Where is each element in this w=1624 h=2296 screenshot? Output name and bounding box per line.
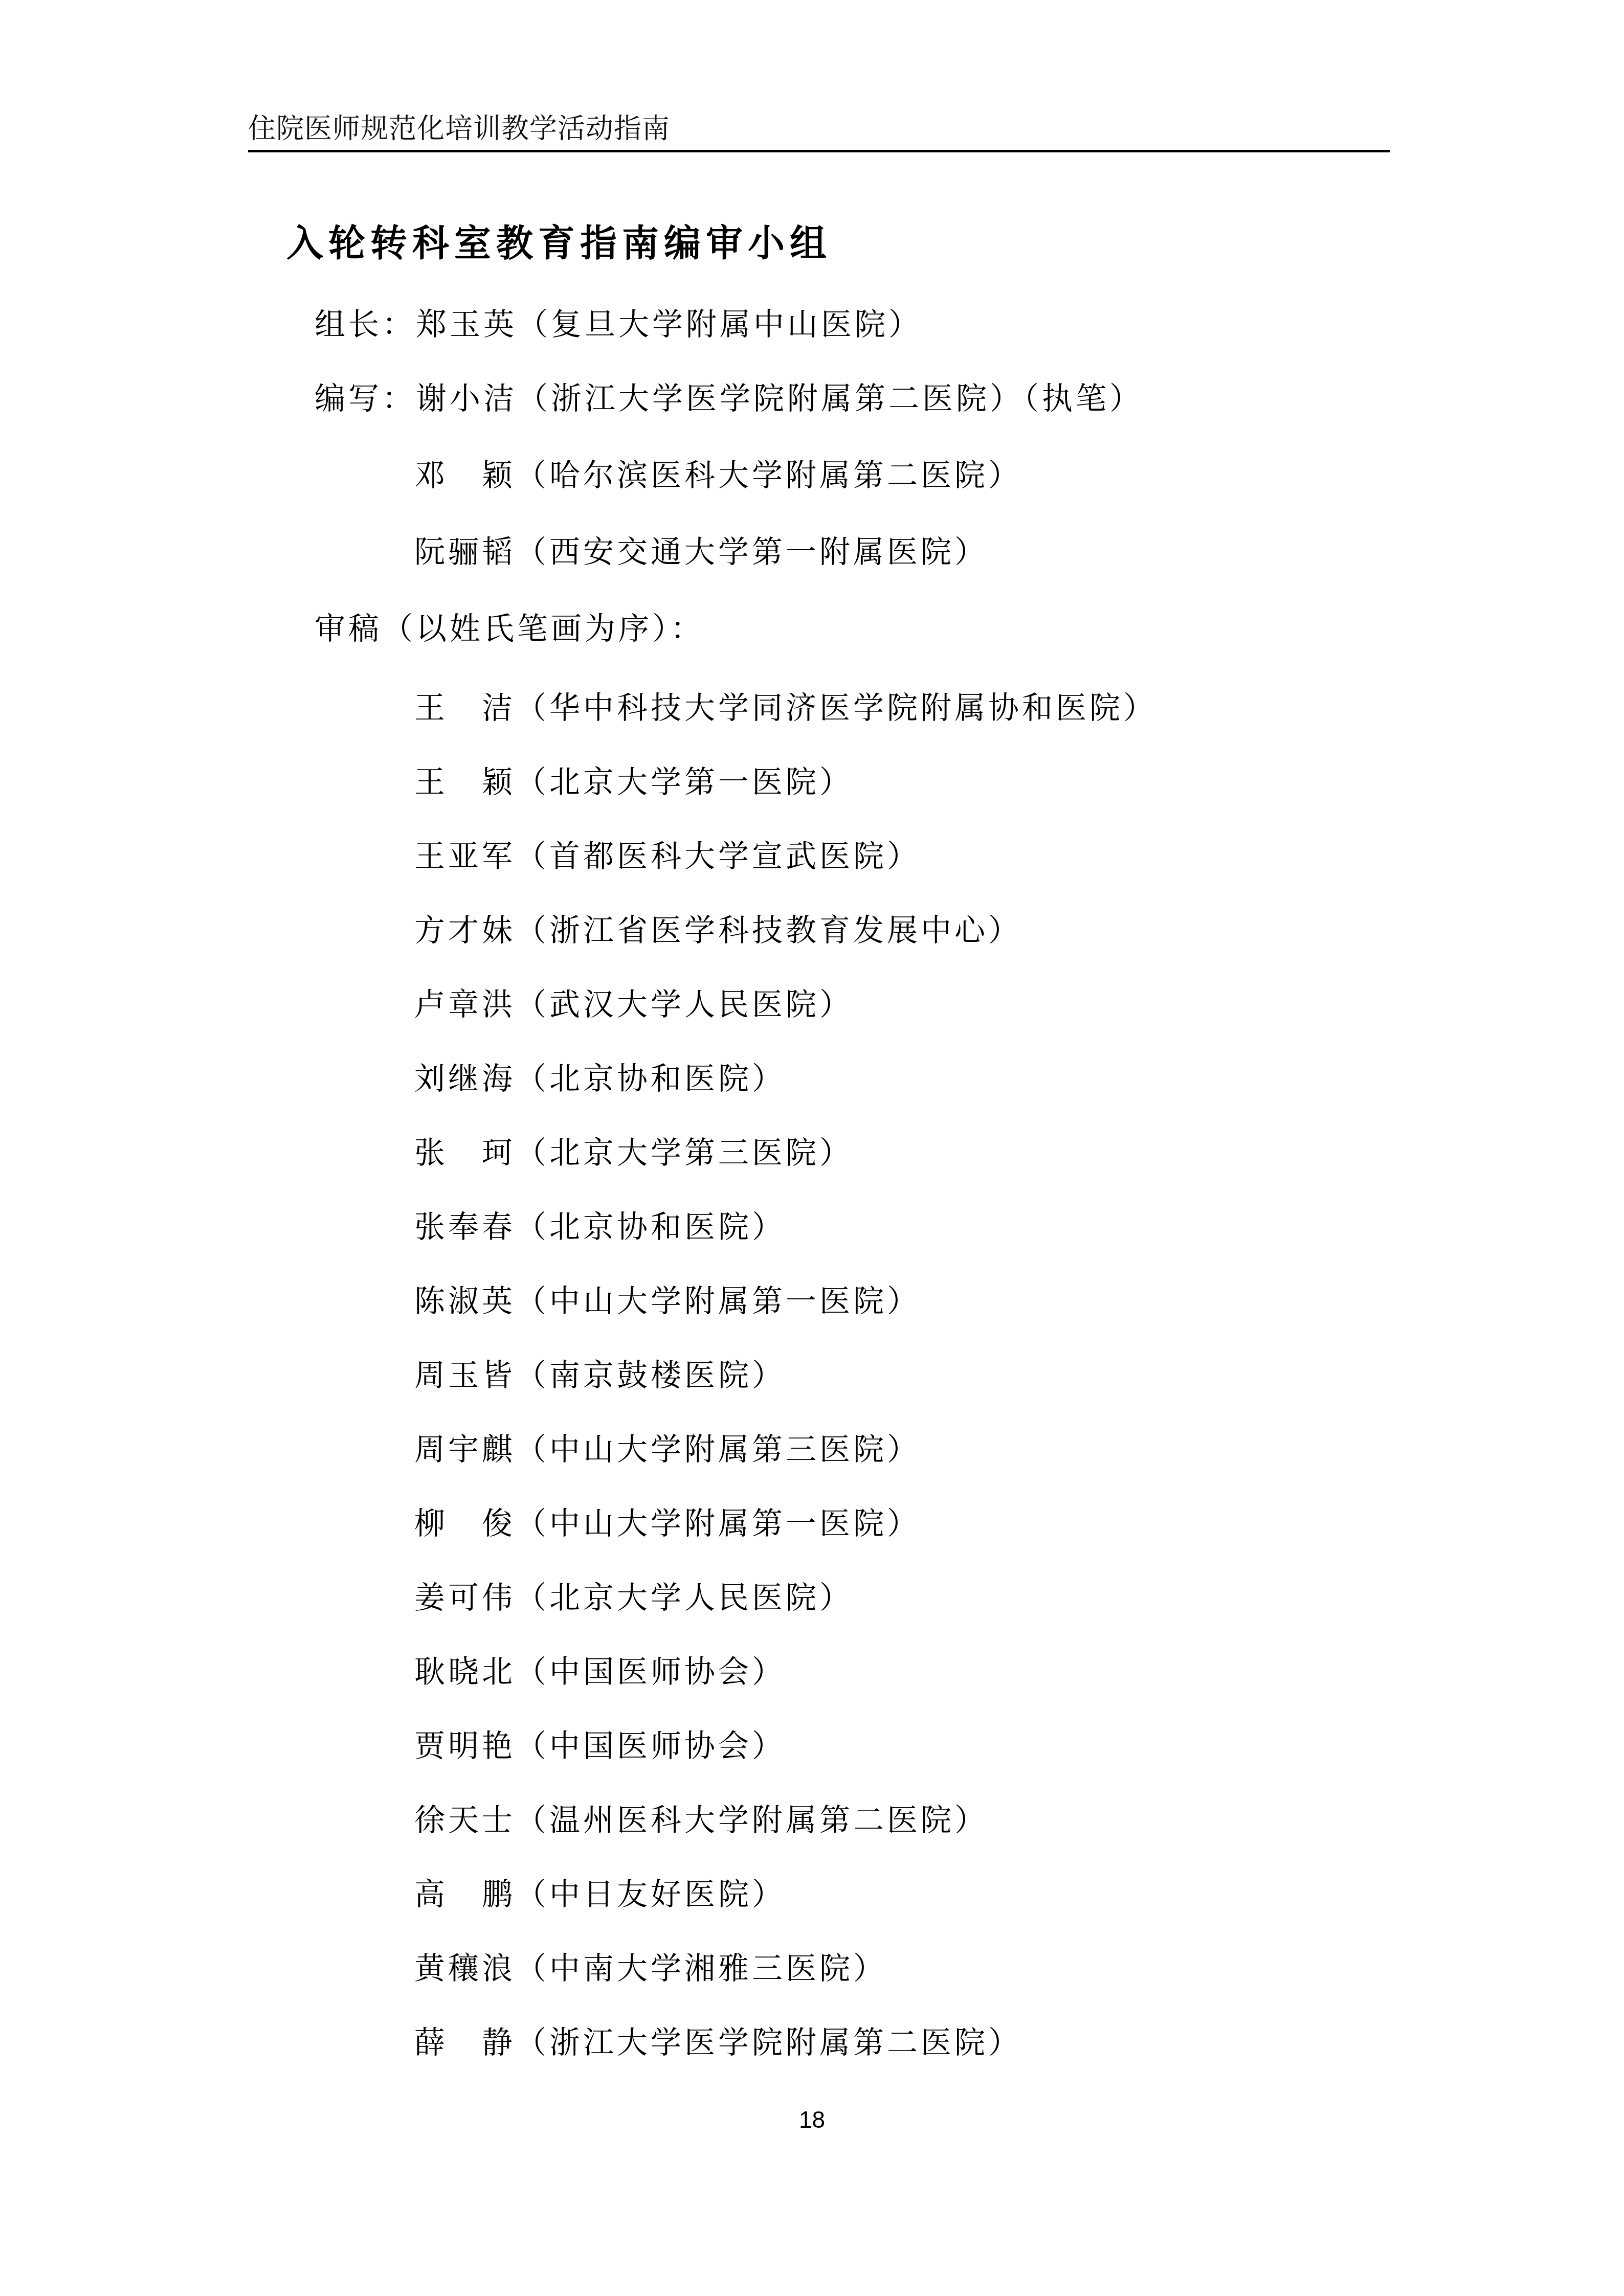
reviewer-row: 黄穰浪（中南大学湘雅三医院） [414, 1948, 887, 1989]
writer-affiliation: （西安交通大学第一附属医院） [516, 532, 988, 573]
reviewer-affiliation: （温州医科大学附属第二医院） [516, 1800, 988, 1841]
reviewer-affiliation: （北京大学第三医院） [516, 1133, 853, 1174]
writer-name: 邓 颖 [414, 455, 516, 496]
reviewers-heading: 审稿（以姓氏笔画为序）： [315, 609, 704, 649]
reviewer-affiliation: （浙江省医学科技教育发展中心） [516, 910, 1022, 951]
reviewer-name: 王亚军 [414, 836, 516, 877]
reviewer-affiliation: （中日友好医院） [516, 1874, 786, 1915]
reviewer-name: 张 珂 [414, 1133, 516, 1174]
reviewer-row: 周宇麒（中山大学附属第三医院） [414, 1429, 921, 1470]
reviewer-row: 柳 俊（中山大学附属第一医院） [414, 1503, 921, 1544]
reviewer-name: 姜可伟 [414, 1578, 516, 1618]
leader-label: 组长： [315, 304, 416, 345]
reviewer-name: 张奉春 [414, 1207, 516, 1248]
reviewer-affiliation: （武汉大学人民医院） [516, 984, 853, 1025]
reviewer-name: 柳 俊 [414, 1503, 516, 1544]
reviewer-affiliation: （北京协和医院） [516, 1207, 786, 1248]
reviewer-row: 卢章洪（武汉大学人民医院） [414, 984, 853, 1025]
reviewer-row: 陈淑英（中山大学附属第一医院） [414, 1281, 921, 1322]
writers-label: 编写： [315, 378, 416, 419]
writer-name: 阮骊韬 [414, 532, 516, 573]
reviewer-row: 王 颖（北京大学第一医院） [414, 762, 853, 803]
leader-name: 郑玉英 [416, 304, 517, 345]
reviewer-affiliation: （华中科技大学同济医学院附属协和医院） [516, 688, 1157, 729]
writer-row: 编写：谢小洁（浙江大学医学院附属第二医院）（执笔） [315, 378, 1143, 419]
reviewer-affiliation: （中山大学附属第一医院） [516, 1281, 921, 1322]
reviewer-name: 高 鹏 [414, 1874, 516, 1915]
reviewer-row: 徐天士（温州医科大学附属第二医院） [414, 1800, 988, 1841]
reviewer-name: 王 洁 [414, 688, 516, 729]
reviewer-row: 张 珂（北京大学第三医院） [414, 1133, 853, 1174]
reviewers-label: 审稿（以姓氏笔画为序）： [315, 609, 704, 649]
reviewer-affiliation: （中南大学湘雅三医院） [516, 1948, 887, 1989]
reviewer-name: 卢章洪 [414, 984, 516, 1025]
reviewer-affiliation: （南京鼓楼医院） [516, 1355, 786, 1396]
reviewer-affiliation: （中国医师协会） [516, 1652, 786, 1693]
reviewer-name: 方才妹 [414, 910, 516, 951]
writer-row: 邓 颖（哈尔滨医科大学附属第二医院） [414, 455, 1022, 496]
reviewer-row: 高 鹏（中日友好医院） [414, 1874, 786, 1915]
leader-row: 组长：郑玉英（复旦大学附属中山医院） [315, 304, 922, 345]
reviewer-affiliation: （中山大学附属第一医院） [516, 1503, 921, 1544]
reviewer-name: 耿晓北 [414, 1652, 516, 1693]
reviewer-affiliation: （中山大学附属第三医院） [516, 1429, 921, 1470]
reviewer-row: 张奉春（北京协和医院） [414, 1207, 786, 1248]
reviewer-row: 方才妹（浙江省医学科技教育发展中心） [414, 910, 1022, 951]
reviewer-row: 耿晓北（中国医师协会） [414, 1652, 786, 1693]
reviewer-affiliation: （中国医师协会） [516, 1726, 786, 1767]
reviewer-row: 王 洁（华中科技大学同济医学院附属协和医院） [414, 688, 1157, 729]
reviewer-name: 陈淑英 [414, 1281, 516, 1322]
reviewer-affiliation: （北京大学人民医院） [516, 1578, 853, 1618]
reviewer-name: 刘继海 [414, 1059, 516, 1099]
reviewer-row: 刘继海（北京协和医院） [414, 1059, 786, 1099]
reviewer-row: 周玉皆（南京鼓楼医院） [414, 1355, 786, 1396]
reviewer-name: 薛 静 [414, 2022, 516, 2063]
reviewer-affiliation: （浙江大学医学院附属第二医院） [516, 2022, 1022, 2063]
writer-affiliation: （哈尔滨医科大学附属第二医院） [516, 455, 1022, 496]
writer-row: 阮骊韬（西安交通大学第一附属医院） [414, 532, 988, 573]
reviewer-name: 周宇麒 [414, 1429, 516, 1470]
reviewer-name: 贾明艳 [414, 1726, 516, 1767]
reviewer-name: 徐天士 [414, 1800, 516, 1841]
leader-affiliation: （复旦大学附属中山医院） [517, 304, 922, 345]
reviewer-row: 薛 静（浙江大学医学院附属第二医院） [414, 2022, 1022, 2063]
reviewer-row: 贾明艳（中国医师协会） [414, 1726, 786, 1767]
reviewer-name: 周玉皆 [414, 1355, 516, 1396]
page-number: 18 [0, 2104, 1624, 2135]
writer-name: 谢小洁 [416, 378, 517, 419]
reviewer-affiliation: （北京协和医院） [516, 1059, 786, 1099]
committee-list: 组长：郑玉英（复旦大学附属中山医院） 编写：谢小洁（浙江大学医学院附属第二医院）… [0, 0, 1624, 2296]
reviewer-row: 王亚军（首都医科大学宣武医院） [414, 836, 921, 877]
writer-affiliation: （浙江大学医学院附属第二医院）（执笔） [517, 378, 1143, 419]
reviewer-affiliation: （北京大学第一医院） [516, 762, 853, 803]
reviewer-row: 姜可伟（北京大学人民医院） [414, 1578, 853, 1618]
reviewer-affiliation: （首都医科大学宣武医院） [516, 836, 921, 877]
reviewer-name: 王 颖 [414, 762, 516, 803]
reviewer-name: 黄穰浪 [414, 1948, 516, 1989]
